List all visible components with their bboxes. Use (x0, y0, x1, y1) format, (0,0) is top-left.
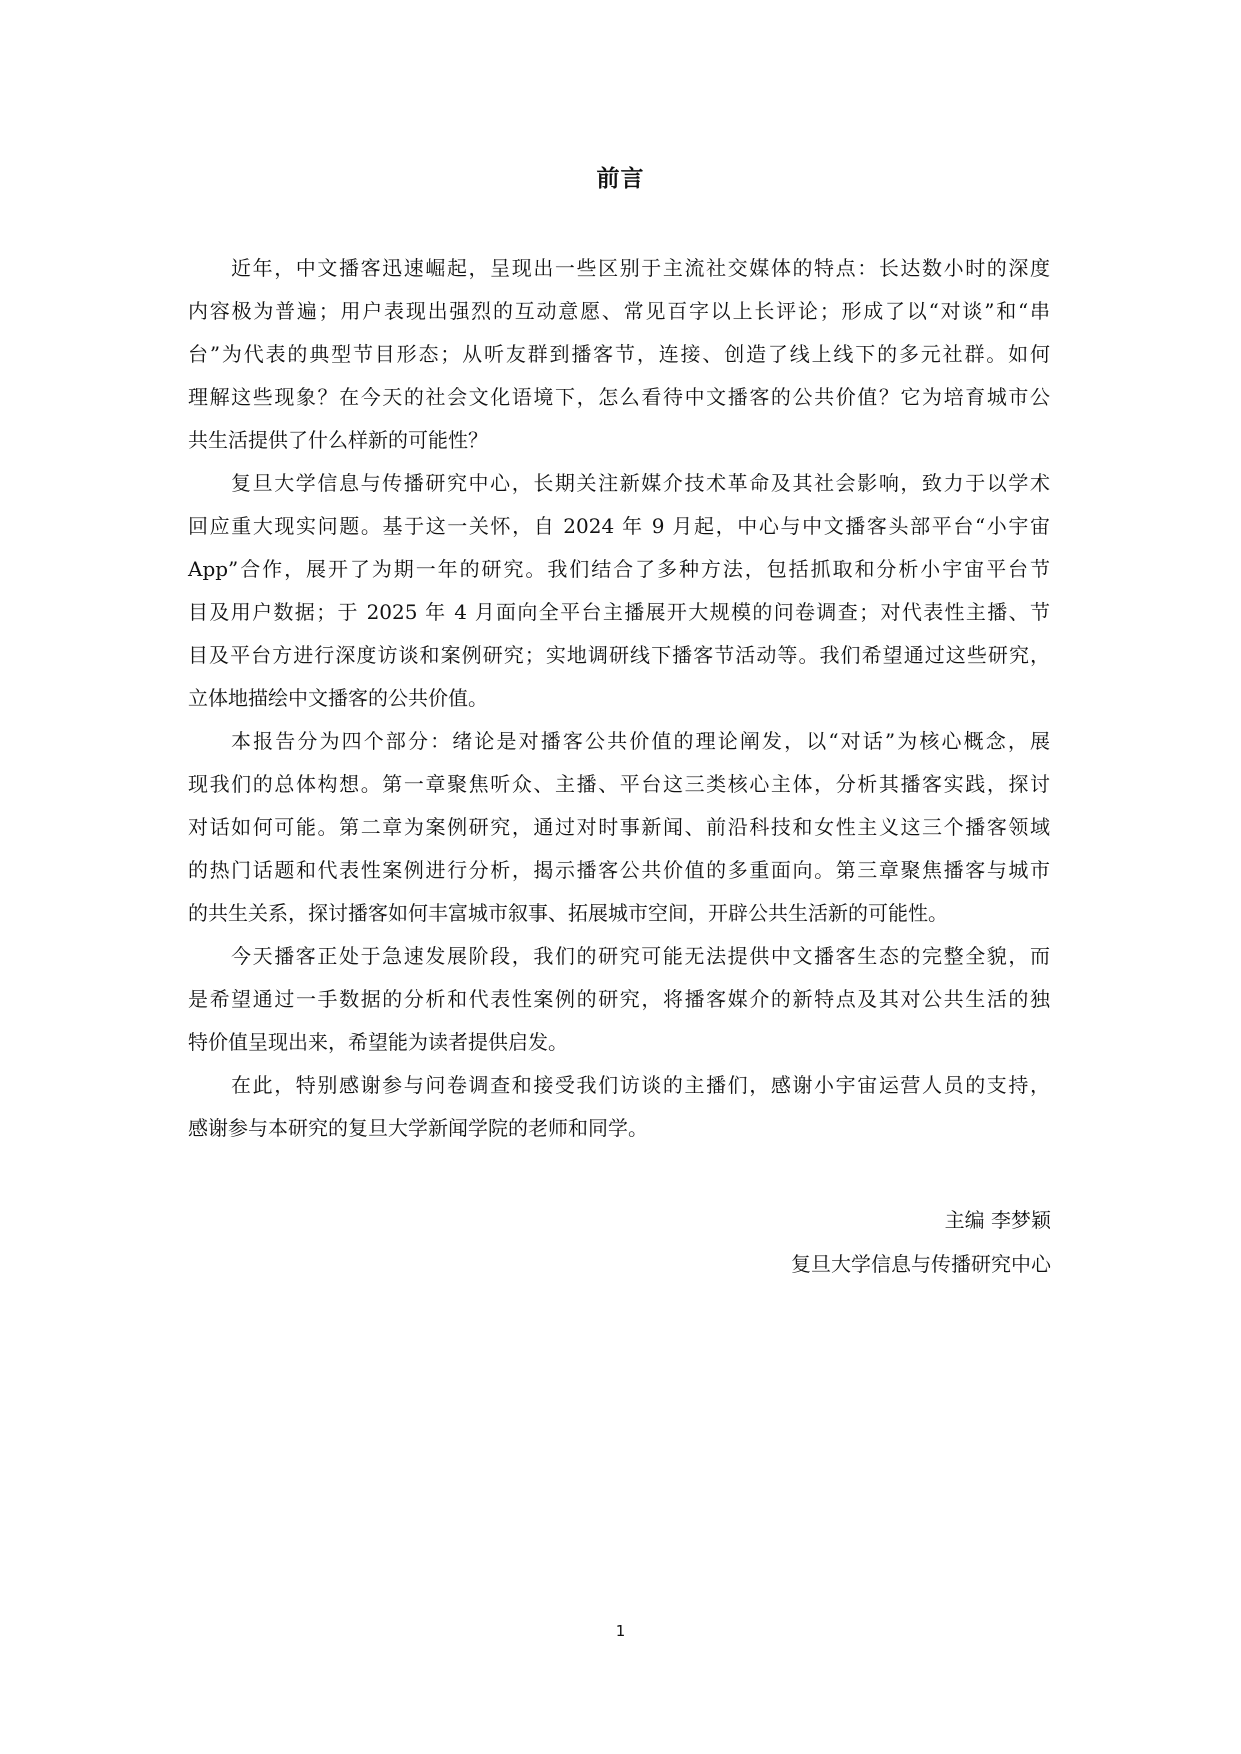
signature-block: 主编 李梦颖 复旦大学信息与传播研究中心 (791, 1198, 1051, 1286)
text-line: 今天播客正处于急速发展阶段，我们的研究可能无法提供中文播客生态的完整全貌，而 (188, 935, 1050, 978)
text-line: 近年，中文播客迅速崛起，呈现出一些区别于主流社交媒体的特点：长达数小时的深度 (188, 247, 1050, 290)
text-line: 现我们的总体构想。第一章聚焦听众、主播、平台这三类核心主体，分析其播客实践，探讨 (188, 763, 1050, 806)
text-line: App”合作，展开了为期一年的研究。我们结合了多种方法，包括抓取和分析小宇宙平台… (188, 548, 1050, 591)
text-line: 立体地描绘中文播客的公共价值。 (188, 677, 1050, 720)
paragraph-1: 近年，中文播客迅速崛起，呈现出一些区别于主流社交媒体的特点：长达数小时的深度 内… (188, 247, 1050, 462)
text-line: 在此，特别感谢参与问卷调查和接受我们访谈的主播们，感谢小宇宙运营人员的支持， (188, 1064, 1050, 1107)
preface-body: 近年，中文播客迅速崛起，呈现出一些区别于主流社交媒体的特点：长达数小时的深度 内… (188, 247, 1050, 1150)
editor-name: 主编 李梦颖 (791, 1198, 1051, 1242)
text-line: 的共生关系，探讨播客如何丰富城市叙事、拓展城市空间，开辟公共生活新的可能性。 (188, 892, 1050, 935)
paragraph-3: 本报告分为四个部分：绪论是对播客公共价值的理论阐发，以“对话”为核心概念，展 现… (188, 720, 1050, 935)
organization-name: 复旦大学信息与传播研究中心 (791, 1242, 1051, 1286)
paragraph-2: 复旦大学信息与传播研究中心，长期关注新媒介技术革命及其社会影响，致力于以学术 回… (188, 462, 1050, 720)
document-page: 前言 近年，中文播客迅速崛起，呈现出一些区别于主流社交媒体的特点：长达数小时的深… (0, 0, 1241, 1754)
text-line: 台”为代表的典型节目形态；从听友群到播客节，连接、创造了线上线下的多元社群。如何 (188, 333, 1050, 376)
text-line: 本报告分为四个部分：绪论是对播客公共价值的理论阐发，以“对话”为核心概念，展 (188, 720, 1050, 763)
text-line: 理解这些现象？在今天的社会文化语境下，怎么看待中文播客的公共价值？它为培育城市公 (188, 376, 1050, 419)
text-line: 回应重大现实问题。基于这一关怀，自 2024 年 9 月起，中心与中文播客头部平… (188, 505, 1050, 548)
page-title: 前言 (0, 160, 1241, 193)
text-line: 感谢参与本研究的复旦大学新闻学院的老师和同学。 (188, 1107, 1050, 1150)
text-line: 是希望通过一手数据的分析和代表性案例的研究，将播客媒介的新特点及其对公共生活的独 (188, 978, 1050, 1021)
text-line: 特价值呈现出来，希望能为读者提供启发。 (188, 1021, 1050, 1064)
paragraph-4: 今天播客正处于急速发展阶段，我们的研究可能无法提供中文播客生态的完整全貌，而 是… (188, 935, 1050, 1064)
text-line: 复旦大学信息与传播研究中心，长期关注新媒介技术革命及其社会影响，致力于以学术 (188, 462, 1050, 505)
text-line: 共生活提供了什么样新的可能性？ (188, 419, 1050, 462)
text-line: 的热门话题和代表性案例进行分析，揭示播客公共价值的多重面向。第三章聚焦播客与城市 (188, 849, 1050, 892)
text-line: 内容极为普遍；用户表现出强烈的互动意愿、常见百字以上长评论；形成了以“对谈”和“… (188, 290, 1050, 333)
text-line: 目及用户数据；于 2025 年 4 月面向全平台主播展开大规模的问卷调查；对代表… (188, 591, 1050, 634)
page-number: 1 (0, 1622, 1241, 1640)
paragraph-5: 在此，特别感谢参与问卷调查和接受我们访谈的主播们，感谢小宇宙运营人员的支持， 感… (188, 1064, 1050, 1150)
text-line: 目及平台方进行深度访谈和案例研究；实地调研线下播客节活动等。我们希望通过这些研究… (188, 634, 1050, 677)
text-line: 对话如何可能。第二章为案例研究，通过对时事新闻、前沿科技和女性主义这三个播客领域 (188, 806, 1050, 849)
